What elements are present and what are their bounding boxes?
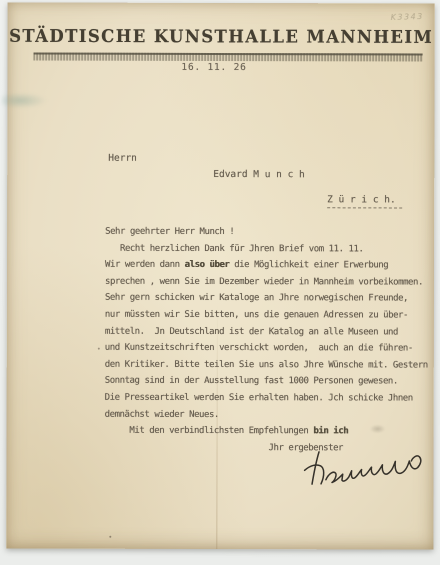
letter-line: sprechen , wenn Sie im Dezember wieder i… xyxy=(105,273,428,290)
letterhead-title: STÄDTISCHE KUNSTHALLE MANNHEIM xyxy=(8,26,435,47)
pencil-inventory-number: K3343 xyxy=(391,12,424,22)
recipient-salutation-prefix: Herrn xyxy=(108,153,137,164)
letter-line: und Kunstzeitschriften verschickt worden… xyxy=(105,340,428,357)
letter-line: Die Presseartikel werden Sie erhalten ha… xyxy=(105,390,428,407)
letter-line: mitteln. Jn Deutschland ist der Katalog … xyxy=(105,323,428,340)
letter-line: Sehr gern schicken wir Kataloge an Jhre … xyxy=(105,290,428,307)
letter-line: Sonntag sind in der Ausstellung fast 100… xyxy=(105,373,428,390)
letter-paper: K3343 STÄDTISCHE KUNSTHALLE MANNHEIM 16.… xyxy=(6,2,434,549)
recipient-city-text: Z ü r i c h. xyxy=(327,194,402,208)
letter-line: Wir werden dann also über die Möglichkei… xyxy=(105,257,428,274)
letter-line: nur müssten wir Sie bitten, uns die gena… xyxy=(105,307,428,324)
recipient-city: Z ü r i c h. xyxy=(304,183,402,219)
letter-date: 16. 11. 26 xyxy=(8,61,421,73)
letter-line: Sehr geehrter Herr Munch ! xyxy=(105,224,428,241)
overstruck-text: bin ich xyxy=(313,426,348,436)
recipient-name: Edvard M u n c h xyxy=(213,169,305,180)
paper-speck xyxy=(109,536,111,538)
letter-line: Mit den verbindlichsten Empfehlungen bin… xyxy=(105,423,428,440)
letter-line: den Kritiker. Bitte teilen Sie uns also … xyxy=(105,356,428,373)
letter-line: demnächst wieder Neues. xyxy=(105,406,428,423)
margin-mark xyxy=(98,348,100,350)
letterhead-rule xyxy=(34,53,423,62)
letter-body-lines: Sehr geehrter Herr Munch ! Recht herzlic… xyxy=(105,224,429,457)
green-ink-smudge xyxy=(1,92,47,108)
signature-hartlaub xyxy=(302,443,429,489)
overstruck-text: also über xyxy=(185,260,230,270)
letter-line: Recht herzlichen Dank für Jhren Brief vo… xyxy=(105,240,428,257)
